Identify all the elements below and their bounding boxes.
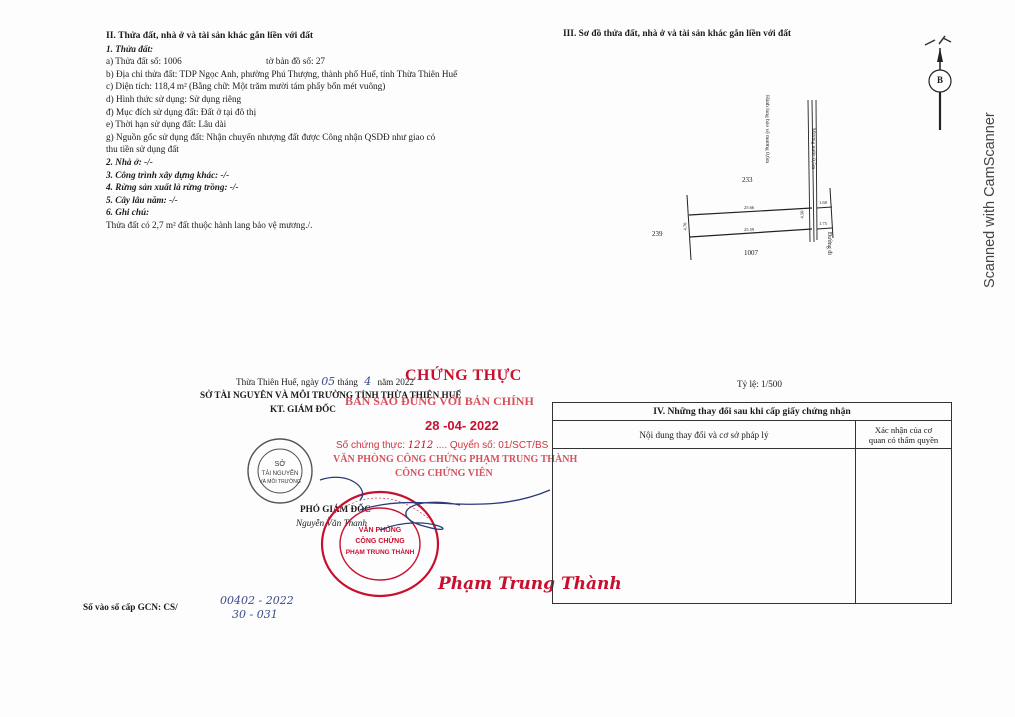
book-label: Quyển số: — [450, 440, 496, 451]
col-change-content: Nội dung thay đổi và cơ sở pháp lý — [553, 421, 856, 449]
change-content-cell — [553, 449, 856, 604]
area: c) Diện tích: 118,4 m² (Bằng chữ: Một tr… — [106, 80, 526, 93]
usage-purpose: đ) Mục đích sử dụng đất: Đất ở tại đô th… — [106, 106, 526, 119]
section2-title: II. Thửa đất, nhà ở và tài sản khác gắn … — [106, 30, 526, 43]
authority-confirmation-cell — [856, 449, 952, 604]
watermark: Scanned with CamScanner — [982, 112, 998, 288]
road-label: Đường đi — [826, 232, 832, 255]
perennial-trees: 5. Cây lâu năm: -/- — [106, 194, 526, 207]
seg-top-right: 1.68 — [819, 200, 827, 205]
svg-text:VÀ MÔI TRƯỜNG: VÀ MÔI TRƯỜNG — [259, 478, 301, 485]
col2-line1: Xác nhận của cơ — [856, 425, 951, 435]
edge-bottom: 25.59 — [744, 227, 754, 232]
map-sheet: tờ bản đồ số: 27 — [266, 56, 325, 66]
scale: Tỷ lệ: 1/500 — [737, 378, 782, 391]
canal-label: Mương nước 0,5m — [810, 128, 816, 169]
seg-bottom-right: 1.75 — [819, 221, 827, 226]
signature-scribble-icon — [300, 470, 560, 550]
corridor-label: Hành lang bảo vệ mương 0,6m — [764, 95, 770, 163]
parcel-row: a) Thửa đất số: 1006 tờ bản đồ số: 27 — [106, 55, 526, 68]
neighbor-north: 233 — [742, 176, 753, 184]
section-land-info: II. Thửa đất, nhà ở và tài sản khác gắn … — [106, 30, 526, 232]
date-day: 05 — [321, 375, 335, 388]
usage-form: d) Hình thức sử dụng: Sử dụng riêng — [106, 93, 526, 106]
col-authority-confirmation: Xác nhận của cơ quan có thẩm quyền — [856, 421, 952, 449]
svg-text:TÀI NGUYÊN: TÀI NGUYÊN — [262, 469, 299, 477]
parcel-sketch — [640, 90, 840, 270]
date-month: 4 — [364, 375, 371, 388]
land-heading: 1. Thửa đất: — [106, 43, 526, 56]
month-label: tháng — [337, 377, 357, 387]
address: b) Địa chỉ thửa đất: TDP Ngọc Anh, phườn… — [106, 68, 526, 81]
changes-table: IV. Những thay đổi sau khi cấp giấy chứn… — [552, 402, 952, 604]
cert-number-line: Số chứng thực: 1212 .... Quyển số: 01/SC… — [336, 440, 548, 451]
notes-text: Thửa đất có 2,7 m² đất thuộc hành lang b… — [106, 219, 526, 232]
other-construction: 3. Công trình xây dựng khác: -/- — [106, 169, 526, 182]
cert-number-label: Số chứng thực: — [336, 440, 405, 451]
registry-number-line2: 30 - 031 — [232, 608, 278, 621]
date-prefix: Thừa Thiên Huế, ngày — [236, 377, 319, 387]
usage-term: e) Thời hạn sử dụng đất: Lâu dài — [106, 118, 526, 131]
cert-number: 1212 — [408, 440, 433, 451]
notes-heading: 6. Ghi chú: — [106, 206, 526, 219]
neighbor-west: 239 — [652, 230, 663, 238]
col2-line2: quan có thẩm quyền — [856, 435, 951, 445]
notary-office: VĂN PHÒNG CÔNG CHỨNG PHẠM TRUNG THÀNH — [333, 454, 577, 465]
cert-stamp-subtitle: BẢN SAO ĐÚNG VỚI BẢN CHÍNH — [345, 394, 534, 409]
book-number: 01/SCT/BS — [498, 440, 548, 451]
origin-line2: thu tiền sử dụng đất — [106, 143, 526, 156]
registry-label: Số vào sổ cấp GCN: CS/ — [83, 601, 178, 614]
edge-left: 4.70 — [682, 223, 687, 231]
changes-table-title: IV. Những thay đổi sau khi cấp giấy chứn… — [553, 403, 952, 421]
date-line: Thừa Thiên Huế, ngày 05 tháng 4 năm 2022 — [236, 376, 414, 389]
cert-date: 28 -04- 2022 — [425, 418, 499, 433]
section3-title: III. Sơ đồ thửa đất, nhà ở và tài sản kh… — [563, 28, 791, 41]
parcel-number: a) Thửa đất số: 1006 — [106, 56, 182, 66]
edge-top: 25.66 — [744, 205, 754, 210]
registry-prefix: CS/ — [163, 602, 177, 612]
svg-text:SỞ: SỞ — [275, 459, 286, 468]
cert-stamp-title: CHỨNG THỰC — [405, 367, 522, 385]
edge-right: 4.50 — [799, 211, 804, 219]
neighbor-south: 1007 — [744, 249, 758, 257]
director-role: KT. GIÁM ĐỐC — [270, 403, 336, 416]
origin-line1: g) Nguồn gốc sử dụng đất: Nhận chuyển nh… — [106, 131, 526, 144]
north-label: B — [936, 75, 944, 85]
registry-label-text: Số vào sổ cấp GCN: — [83, 602, 161, 612]
production-forest: 4. Rừng sản xuất là rừng trồng: -/- — [106, 181, 526, 194]
registry-number-line1: 00402 - 2022 — [220, 594, 294, 607]
house: 2. Nhà ở: -/- — [106, 156, 526, 169]
